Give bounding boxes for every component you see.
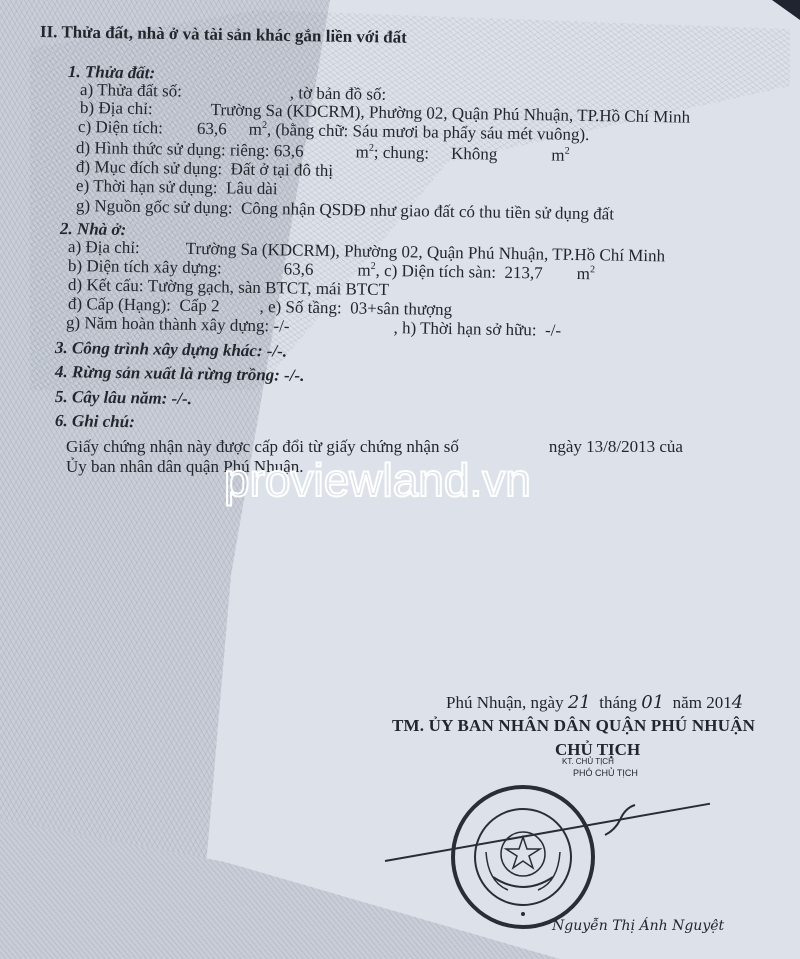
land-origin-row: g) Nguồn gốc sử dụng: Công nhận QSDĐ như… [76,196,614,224]
house-completion-row: g) Năm hoàn thành xây dựng: -/-, h) Thời… [66,313,561,341]
floor-area: 213,7 [504,263,543,283]
signing-day: 21 [568,692,591,713]
ownership-term: -/- [545,321,561,340]
signature-mark-icon [600,800,640,840]
origin: Công nhận QSDĐ như giao đất có thu tiền … [241,199,614,224]
floor-area-label: , c) Diện tích sàn: [375,261,496,282]
kt-stamp: KT. CHỦ TỊCH [562,757,614,766]
signing-place-date: Phú Nhuận, ngày 21 tháng 01 năm 2014 [446,692,743,713]
build-area-label: b) Diện tích xây dựng: [68,256,222,277]
official-seal-icon [448,782,598,932]
build-area: 63,6 [284,259,314,278]
structure-label: d) Kết cấu: [68,275,144,295]
certificate-content: II. Thửa đất, nhà ở và tài sản khác gắn … [0,0,800,959]
issuing-organization: TM. ỦY BAN NHÂN DÂN QUẬN PHÚ NHUẬN [392,716,755,736]
floors: 03+sân thượng [350,298,452,319]
origin-label: g) Nguồn gốc sử dụng: [76,196,233,217]
signer-name: Nguyễn Thị Ánh Nguyệt [552,918,724,934]
land-area-label: c) Diện tích: [78,117,163,137]
completion-label: g) Năm hoàn thành xây dựng: [66,313,270,335]
notes-heading: 6. Ghi chú: [55,411,135,432]
term-label: e) Thời hạn sử dụng: [76,176,218,197]
ownership-term-label: , h) Thời hạn sở hữu: [393,318,536,339]
floors-label: , e) Số tầng: [259,297,341,317]
house-address-label: a) Địa chỉ: [68,237,140,257]
land-area-words: , (bằng chữ: Sáu mươi ba phẩy sáu mét vu… [267,120,590,144]
signing-year-digit: 4 [732,692,743,713]
deputy-stamp: PHÓ CHỦ TỊCH [573,768,638,778]
grade: Cấp 2 [179,296,219,316]
land-area-value: 63,6 [197,119,227,138]
completion: -/- [273,316,289,335]
purpose-label: đ) Mục đích sử dụng: [76,157,222,178]
usage-private: 63,6 [274,141,304,160]
perennial-trees: 5. Cây lâu năm: -/-. [55,387,192,409]
notes-date: ngày 13/8/2013 của [549,437,683,456]
usage-common: Không [451,144,498,164]
production-forest: 4. Rừng sản xuất là rừng trồng: -/-. [55,362,305,386]
signing-month: 01 [641,692,664,713]
term: Lâu dài [226,178,278,198]
other-works: 3. Công trình xây dựng khác: -/-. [55,338,287,362]
watermark: proviewland.vn [224,453,531,507]
section-title: II. Thửa đất, nhà ở và tài sản khác gắn … [40,22,407,48]
land-address-label: b) Địa chỉ: [80,98,153,118]
usage-common-label: ; chung: [374,143,430,163]
certificate-page: II. Thửa đất, nhà ở và tài sản khác gắn … [0,0,800,959]
grade-label: đ) Cấp (Hạng): [68,294,171,315]
purpose: Đất ở tại đô thị [230,159,333,180]
